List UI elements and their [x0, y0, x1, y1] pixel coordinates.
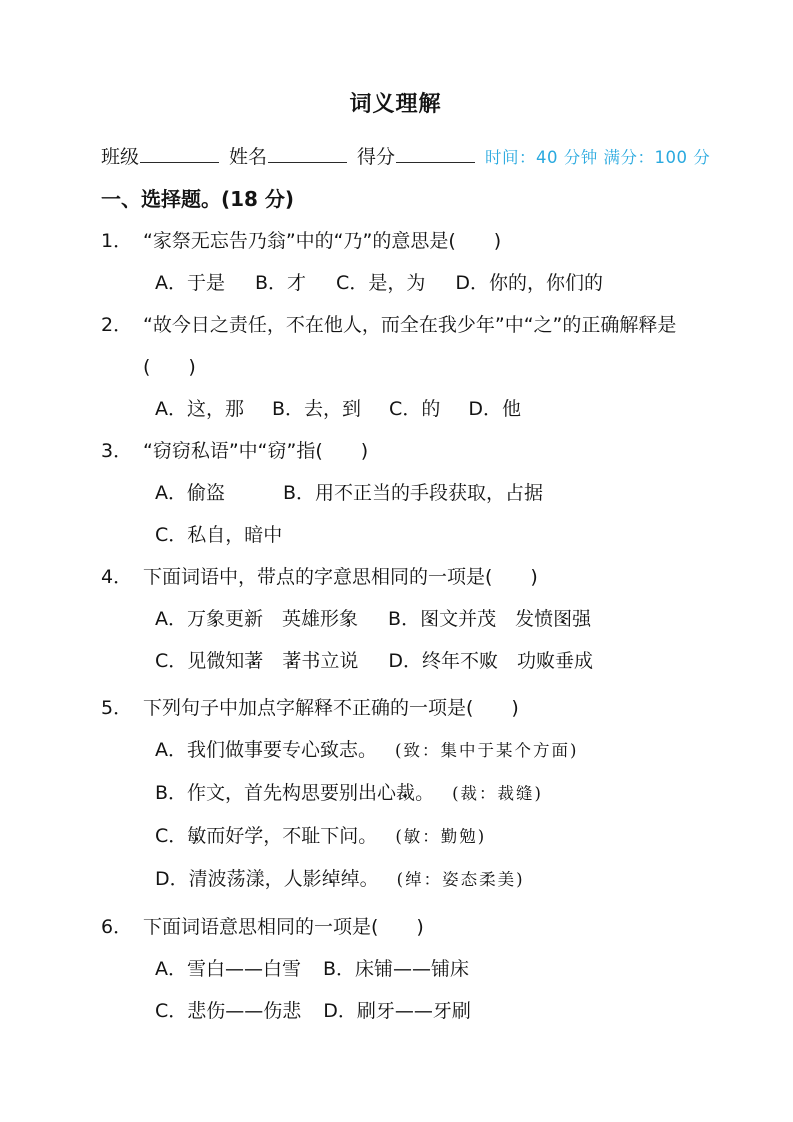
question-stem-text: 下面词语中，带点的字意思相同的一项是( ) [143, 566, 538, 588]
question-number: 6． [101, 906, 143, 948]
score-field: 得分 [357, 142, 475, 169]
option: A．雪白——白雪 [155, 948, 301, 990]
options-row: C．敏而好学，不耻下问。(敏：勤勉) [101, 815, 690, 858]
question-stem: 6．下面词语意思相同的一项是( ) [101, 906, 690, 948]
exam-time-and-total-score: 时间：40 分钟 满分：100 分 [485, 144, 710, 168]
dotted-char: 败 [479, 650, 498, 672]
option: A．我们做事要专心致志。 [155, 729, 377, 771]
option: B．作文，首先构思要别出心裁。 [155, 772, 434, 814]
question-number: 4． [101, 556, 143, 598]
options-row: A．我们做事要专心致志。(致：集中于某个方面) [101, 729, 690, 772]
dotted-char: 敏 [187, 825, 206, 847]
option: D．清波荡漾，人影绰绰。 [155, 858, 379, 900]
option: A．这，那 [155, 388, 244, 430]
options-row: A．偷盗B．用不正当的手段获取，占据 [101, 472, 690, 514]
option: A．偷盗 [155, 472, 225, 514]
question-stem: 4．下面词语中，带点的字意思相同的一项是( ) [101, 556, 690, 598]
question-stem-text: 下列句子中加点字解释不正确的一项是( ) [143, 697, 519, 719]
dotted-char: 著 [282, 650, 301, 672]
dotted-char: 象 [206, 608, 225, 630]
student-info-fields: 班级 姓名 得分 [101, 142, 485, 169]
options-row: A．于是B．才C．是，为D．你的，你们的 [101, 262, 690, 304]
question-stem: 5．下列句子中加点字解释不正确的一项是( ) [101, 687, 690, 729]
option-note: (致：集中于某个方面) [395, 730, 578, 772]
options-row: D．清波荡漾，人影绰绰。(绰：姿态柔美) [101, 858, 690, 901]
question-number: 5． [101, 687, 143, 729]
option: A．于是 [155, 262, 225, 304]
page-title: 词义理解 [101, 92, 690, 118]
option: C．敏而好学，不耻下问。 [155, 815, 377, 857]
options-row: A．万象更新 英雄形象B．图文并茂 发愤图强 [101, 598, 690, 640]
option: B．才 [255, 262, 306, 304]
score-field-blank [396, 142, 475, 163]
question: 1．“家祭无忘告乃翁”中的“乃”的意思是( )A．于是B．才C．是，为D．你的，… [101, 220, 690, 304]
option: C．见微知著 著书立说 [155, 640, 358, 682]
dotted-char: 致 [320, 739, 339, 761]
dotted-char: 图 [553, 608, 572, 630]
score-field-label: 得分 [357, 146, 395, 168]
options-row: C．见微知著 著书立说D．终年不败 功败垂成 [101, 640, 690, 682]
class-field-label: 班级 [101, 146, 139, 168]
question-stem: 1．“家祭无忘告乃翁”中的“乃”的意思是( ) [101, 220, 690, 262]
option-note: (绰：姿态柔美) [397, 859, 525, 901]
option-note: (敏：勤勉) [395, 816, 486, 858]
dotted-char: 图 [420, 608, 439, 630]
class-field: 班级 [101, 142, 219, 169]
dotted-char: 败 [536, 650, 555, 672]
dotted-char: 象 [339, 608, 358, 630]
options-row: A．这，那B．去，到C．的D．他 [101, 388, 690, 430]
question-stem: 3．“窃窃私语”中“窃”指( ) [101, 430, 690, 472]
option: C．是，为 [336, 262, 425, 304]
dotted-char: 绰 [322, 868, 341, 890]
question: 4．下面词语中，带点的字意思相同的一项是( )A．万象更新 英雄形象B．图文并茂… [101, 556, 690, 682]
option: D．你的，你们的 [455, 262, 603, 304]
option: C．的 [389, 388, 440, 430]
question-number: 2． [101, 304, 143, 346]
option: D．刷牙——牙刷 [323, 990, 471, 1032]
question-number: 3． [101, 430, 143, 472]
option: D．终年不败 功败垂成 [388, 640, 593, 682]
question: 5．下列句子中加点字解释不正确的一项是( )A．我们做事要专心致志。(致：集中于… [101, 687, 690, 901]
question-stem: 2．“故今日之责任，不在他人，而全在我少年”中“之”的正确解释是( ) [101, 304, 690, 388]
option: A．万象更新 英雄形象 [155, 598, 358, 640]
options-row: B．作文，首先构思要别出心裁。(裁：裁缝) [101, 772, 690, 815]
option: C．悲伤——伤悲 [155, 990, 301, 1032]
class-field-blank [140, 142, 219, 163]
question: 3．“窃窃私语”中“窃”指( )A．偷盗B．用不正当的手段获取，占据C．私自，暗… [101, 430, 690, 556]
option: B．床铺——铺床 [323, 948, 469, 990]
name-field-blank [268, 142, 347, 163]
question-stem-text: “窃窃私语”中“窃”指( ) [143, 440, 368, 462]
question-stem-text: “故今日之责任，不在他人，而全在我少年”中“之”的正确解释是( ) [143, 314, 676, 378]
name-field: 姓名 [229, 142, 347, 169]
option: B．图文并茂 发愤图强 [388, 598, 591, 640]
options-row: C．悲伤——伤悲D．刷牙——牙刷 [101, 990, 690, 1032]
dotted-char: 裁 [396, 782, 415, 804]
dotted-char: 著 [244, 650, 263, 672]
options-row: C．私自，暗中 [101, 514, 690, 556]
question-stem-text: “家祭无忘告乃翁”中的“乃”的意思是( ) [143, 230, 501, 252]
question: 6．下面词语意思相同的一项是( )A．雪白——白雪B．床铺——铺床C．悲伤——伤… [101, 906, 690, 1032]
header-fields-row: 班级 姓名 得分 时间：40 分钟 满分：100 分 [101, 142, 690, 169]
option: D．他 [468, 388, 521, 430]
option-note: (裁：裁缝) [452, 773, 543, 815]
question: 2．“故今日之责任，不在他人，而全在我少年”中“之”的正确解释是( )A．这，那… [101, 304, 690, 430]
option: B．去，到 [272, 388, 361, 430]
options-row: A．雪白——白雪B．床铺——铺床 [101, 948, 690, 990]
option: C．私自，暗中 [155, 514, 282, 556]
name-field-label: 姓名 [229, 146, 267, 168]
worksheet-page: 词义理解 班级 姓名 得分 时间：40 分钟 满分：100 分 一、选择题。(1… [0, 0, 793, 1122]
option: B．用不正当的手段获取，占据 [283, 472, 543, 514]
question-stem-text: 下面词语意思相同的一项是( ) [143, 916, 424, 938]
questions-list: 1．“家祭无忘告乃翁”中的“乃”的意思是( )A．于是B．才C．是，为D．你的，… [101, 220, 690, 1032]
question-number: 1． [101, 220, 143, 262]
section-heading: 一、选择题。(18 分) [101, 186, 690, 212]
